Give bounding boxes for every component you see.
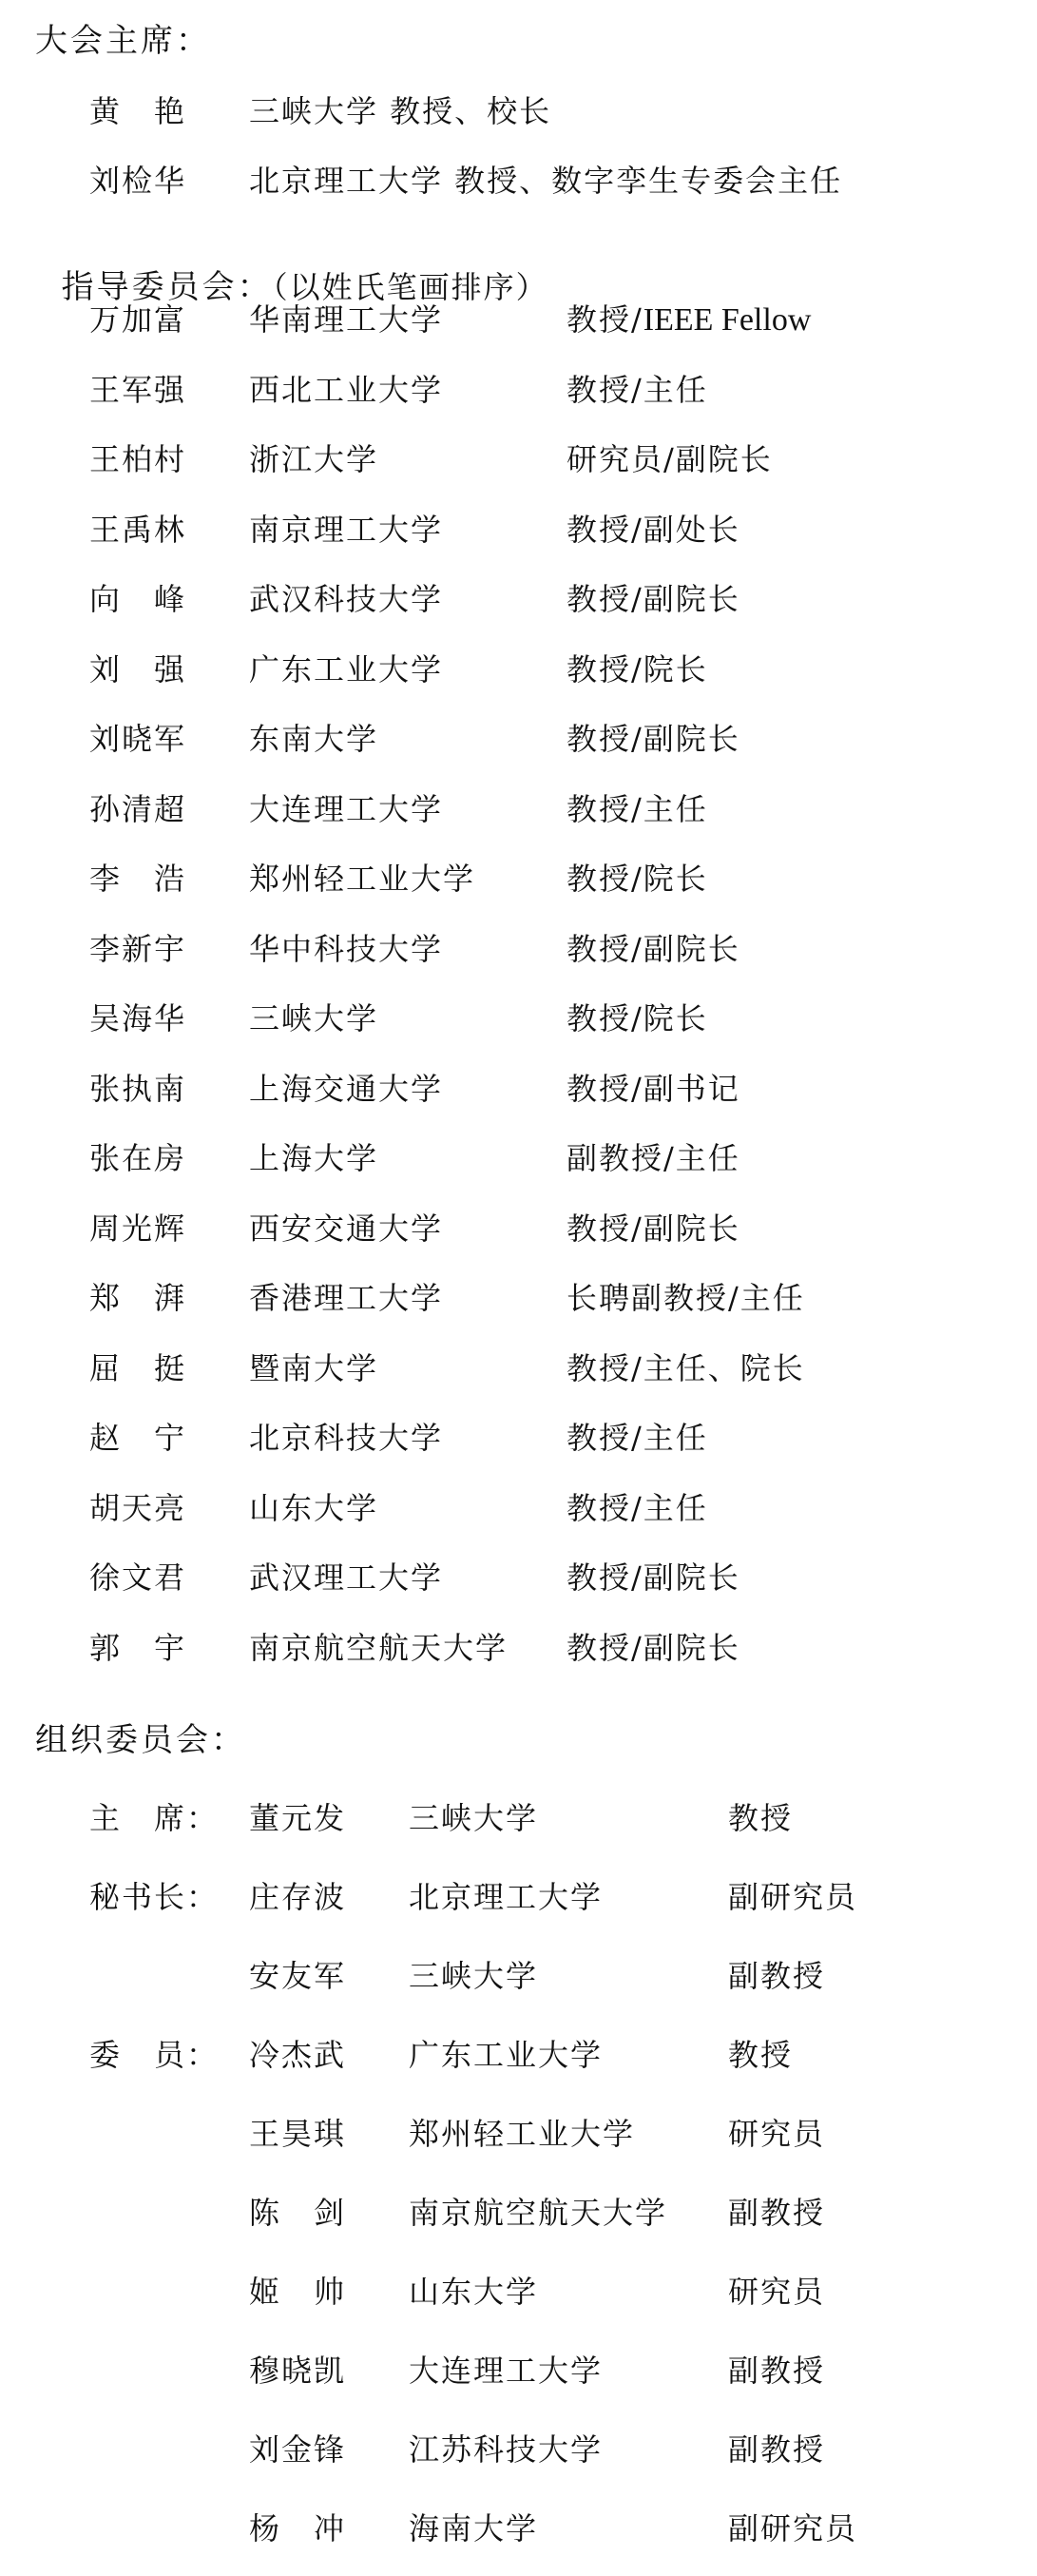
member-title-cn: 教授/副处长: [567, 512, 740, 548]
member-name: 刘 强: [89, 650, 186, 688]
member-title: 教授/副院长: [567, 930, 740, 968]
member-title: 教授/主任: [567, 371, 708, 409]
member-title: 教授/院长: [567, 999, 708, 1037]
member-title: 教授/副处长: [567, 511, 740, 549]
chair-affiliation: 北京理工大学 教授、数字孪生专委会主任: [249, 162, 842, 200]
member-title: 教授/副院长: [567, 720, 740, 758]
member-title: 教授/副院长: [567, 580, 740, 618]
member-title: 副教授: [728, 2194, 825, 2232]
member-title-cn: 教授/院长: [567, 651, 708, 688]
member-name: 吴海华: [89, 999, 186, 1037]
member-institution: 海南大学: [409, 2509, 538, 2547]
member-institution: 北京理工大学: [409, 1878, 603, 1916]
organizing-committee-heading: 组织委员会：: [35, 1721, 246, 1759]
member-title: 副研究员: [728, 1878, 857, 1916]
member-title: 教授/主任: [567, 790, 708, 828]
member-title: 教授/院长: [567, 650, 708, 688]
member-title-cn: 教授/主任: [567, 372, 708, 408]
member-role: 委 员：: [89, 2036, 219, 2074]
member-title: 副研究员: [728, 2509, 857, 2547]
member-title: 教授/副院长: [567, 1210, 740, 1248]
member-title-cn: 教授/主任: [567, 1420, 708, 1456]
conference-chairs-heading: 大会主席：: [35, 22, 211, 60]
member-name: 李新宇: [89, 930, 186, 968]
member-institution: 山东大学: [409, 2273, 538, 2311]
member-institution: 西安交通大学: [249, 1210, 443, 1248]
member-title: 副教授/主任: [567, 1139, 740, 1177]
steering-committee-heading: 指导委员会：（以姓氏笔画排序）: [35, 230, 548, 268]
member-institution: 华中科技大学: [249, 930, 443, 968]
member-title-cn: 教授/主任: [567, 1490, 708, 1526]
member-name: 王昊琪: [249, 2115, 346, 2153]
member-title: 教授/IEEE Fellow: [567, 300, 811, 339]
member-title-cn: 研究员/副院长: [567, 441, 773, 477]
member-institution: 武汉理工大学: [249, 1559, 443, 1597]
member-institution: 大连理工大学: [409, 2352, 603, 2390]
member-name: 杨 冲: [249, 2509, 346, 2547]
member-name: 王柏村: [89, 440, 186, 478]
chair-name: 黄 艳: [89, 92, 186, 130]
member-name: 郭 宇: [89, 1629, 186, 1667]
member-institution: 三峡大学: [409, 1799, 538, 1837]
member-institution: 西北工业大学: [249, 371, 443, 409]
member-name: 陈 剑: [249, 2194, 346, 2232]
member-title: 教授/副院长: [567, 1629, 740, 1667]
member-name: 冷杰武: [249, 2036, 346, 2074]
member-role: 秘书长：: [89, 1878, 219, 1916]
member-name: 万加富: [89, 300, 186, 339]
member-institution: 山东大学: [249, 1489, 378, 1527]
member-title: 教授/主任: [567, 1419, 708, 1457]
member-title: 长聘副教授/主任: [567, 1279, 805, 1317]
member-institution: 武汉科技大学: [249, 580, 443, 618]
member-title-cn: 教授/副院长: [567, 931, 740, 967]
member-name: 安友军: [249, 1957, 346, 1995]
member-title: 教授: [728, 1799, 793, 1837]
member-name: 徐文君: [89, 1559, 186, 1597]
member-name: 周光辉: [89, 1210, 186, 1248]
member-institution: 华南理工大学: [249, 300, 443, 339]
member-name: 穆晓凯: [249, 2352, 346, 2390]
member-title-cn: 教授/: [567, 301, 643, 338]
member-institution: 南京航空航天大学: [249, 1629, 508, 1667]
member-name: 王军强: [89, 371, 186, 409]
member-institution: 北京科技大学: [249, 1419, 443, 1457]
member-title-cn: 教授/副书记: [567, 1071, 740, 1107]
member-title-cn: 副教授/主任: [567, 1140, 740, 1176]
member-institution: 南京理工大学: [249, 511, 443, 549]
member-institution: 香港理工大学: [249, 1279, 443, 1317]
member-title: 副教授: [728, 2431, 825, 2469]
member-institution: 郑州轻工业大学: [249, 860, 475, 898]
member-name: 刘金锋: [249, 2431, 346, 2469]
member-institution: 广东工业大学: [249, 650, 443, 688]
member-title: 研究员: [728, 2273, 825, 2311]
member-name: 孙清超: [89, 790, 186, 828]
member-title-cn: 教授/主任: [567, 791, 708, 827]
member-name: 向 峰: [89, 580, 186, 618]
member-name: 赵 宁: [89, 1419, 186, 1457]
member-name: 姬 帅: [249, 2273, 346, 2311]
member-name: 张执南: [89, 1070, 186, 1108]
member-title-cn: 教授/院长: [567, 1000, 708, 1036]
member-title: 教授/副书记: [567, 1070, 740, 1108]
member-institution: 郑州轻工业大学: [409, 2115, 635, 2153]
member-name: 董元发: [249, 1799, 346, 1837]
member-name: 郑 湃: [89, 1279, 186, 1317]
member-title: 副教授: [728, 2352, 825, 2390]
member-institution: 上海大学: [249, 1139, 378, 1177]
member-institution: 广东工业大学: [409, 2036, 603, 2074]
member-title: 研究员/副院长: [567, 440, 773, 478]
chair-affiliation: 三峡大学 教授、校长: [249, 92, 551, 130]
member-title-cn: 教授/副院长: [567, 721, 740, 757]
member-title: 教授/副院长: [567, 1559, 740, 1597]
member-name: 李 浩: [89, 860, 186, 898]
member-title-cn: 教授/副院长: [567, 581, 740, 617]
member-institution: 三峡大学: [249, 999, 378, 1037]
member-title-cn: 长聘副教授/主任: [567, 1280, 805, 1316]
member-name: 庄存波: [249, 1878, 346, 1916]
member-title: 副教授: [728, 1957, 825, 1995]
member-role: 主 席：: [89, 1799, 219, 1837]
member-name: 张在房: [89, 1139, 186, 1177]
member-institution: 上海交通大学: [249, 1070, 443, 1108]
member-name: 刘晓军: [89, 720, 186, 758]
member-title-cn: 教授/副院长: [567, 1630, 740, 1666]
chair-name: 刘检华: [89, 162, 186, 200]
member-institution: 大连理工大学: [249, 790, 443, 828]
member-title: 教授/主任、院长: [567, 1349, 805, 1387]
member-institution: 南京航空航天大学: [409, 2194, 667, 2232]
member-title-en: IEEE Fellow: [643, 302, 812, 338]
member-title: 教授: [728, 2036, 793, 2074]
member-institution: 江苏科技大学: [409, 2431, 603, 2469]
member-institution: 暨南大学: [249, 1349, 378, 1387]
member-title-cn: 教授/副院长: [567, 1559, 740, 1596]
member-institution: 三峡大学: [409, 1957, 538, 1995]
member-title: 教授/院长: [567, 860, 708, 898]
member-title-cn: 教授/副院长: [567, 1211, 740, 1247]
member-title-cn: 教授/院长: [567, 861, 708, 897]
member-institution: 东南大学: [249, 720, 378, 758]
member-title: 教授/主任: [567, 1489, 708, 1527]
member-name: 王禹林: [89, 511, 186, 549]
member-name: 胡天亮: [89, 1489, 186, 1527]
member-institution: 浙江大学: [249, 440, 378, 478]
member-title: 研究员: [728, 2115, 825, 2153]
member-name: 屈 挺: [89, 1349, 186, 1387]
member-title-cn: 教授/主任、院长: [567, 1350, 805, 1386]
